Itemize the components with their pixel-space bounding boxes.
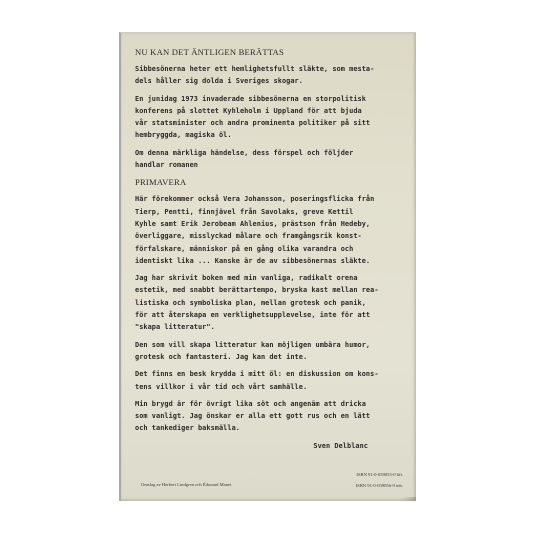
- isbn-block: ISBN 91-0-039055-0 hft. ISBN 91-0-039056…: [356, 469, 403, 491]
- isbn-hardcover: ISBN 91-0-039056-9 inb.: [356, 480, 403, 491]
- cover-credit: Omslag av Herbert Lindgren och Édouard M…: [141, 482, 231, 487]
- author-signature: Sven Delblanc: [135, 440, 410, 452]
- blurb-text: NU KAN DET ÄNTLIGEN BERÄTTAS Sibbesönern…: [135, 46, 410, 452]
- blurb-paragraph: Min brygd är för övrigt lika söt och ang…: [135, 398, 410, 435]
- blurb-paragraph: Sibbesönerna heter ett hemlighetsfullt s…: [135, 63, 410, 88]
- novel-title: PRIMAVERA: [135, 176, 410, 188]
- blurb-paragraph: Här förekommer också Vera Johansson, pos…: [135, 193, 410, 267]
- blurb-paragraph: Om denna märkliga händelse, dess förspel…: [135, 147, 410, 172]
- blurb-paragraph: Den som vill skapa litteratur kan möjlig…: [135, 339, 410, 364]
- blurb-paragraph: Det finns en besk krydda i mitt öl: en d…: [135, 368, 410, 393]
- blurb-heading: NU KAN DET ÄNTLIGEN BERÄTTAS: [135, 46, 410, 58]
- book-back-cover: NU KAN DET ÄNTLIGEN BERÄTTAS Sibbesönern…: [119, 32, 416, 501]
- blurb-paragraph: En junidag 1973 invaderade sibbesönerna …: [135, 93, 410, 142]
- isbn-paperback: ISBN 91-0-039055-0 hft.: [356, 469, 403, 480]
- blurb-paragraph: Jag har skrivit boken med min vanliga, r…: [135, 272, 410, 333]
